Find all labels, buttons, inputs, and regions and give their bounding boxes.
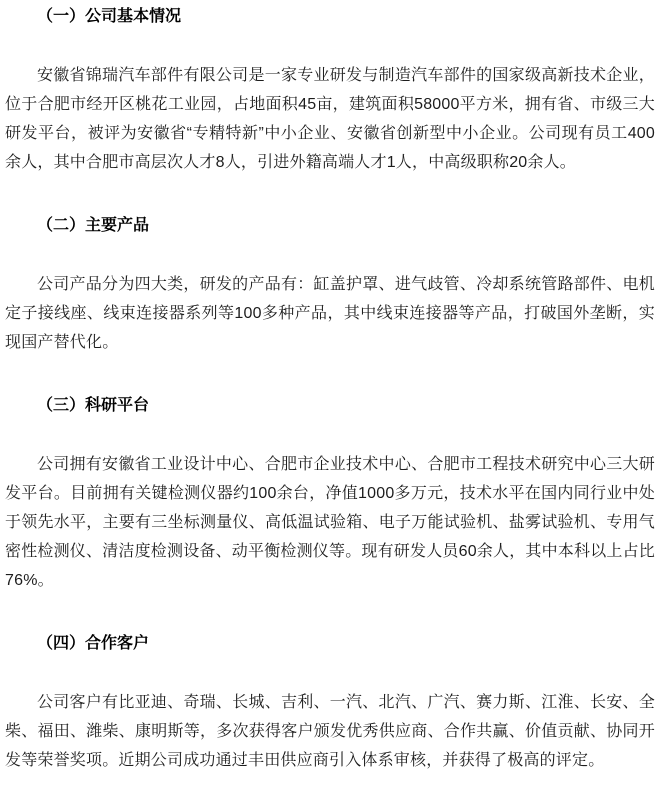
section-heading: （三）科研平台 [5, 391, 655, 420]
section-paragraph: 公司客户有比亚迪、奇瑞、长城、吉利、一汽、北汽、广汽、赛力斯、江淮、长安、全柴、… [5, 688, 655, 775]
section-main-products: （二）主要产品 公司产品分为四大类，研发的产品有：缸盖护罩、进气歧管、冷却系统管… [5, 211, 655, 357]
section-paragraph: 公司拥有安徽省工业设计中心、合肥市企业技术中心、合肥市工程技术研究中心三大研发平… [5, 450, 655, 595]
section-cooperation-customers: （四）合作客户 公司客户有比亚迪、奇瑞、长城、吉利、一汽、北汽、广汽、赛力斯、江… [5, 629, 655, 775]
section-paragraph: 公司产品分为四大类，研发的产品有：缸盖护罩、进气歧管、冷却系统管路部件、电机定子… [5, 270, 655, 357]
document-page: （一）公司基本情况 安徽省锦瑞汽车部件有限公司是一家专业研发与制造汽车部件的国家… [0, 0, 662, 787]
section-research-platform: （三）科研平台 公司拥有安徽省工业设计中心、合肥市企业技术中心、合肥市工程技术研… [5, 391, 655, 595]
section-heading: （四）合作客户 [5, 629, 655, 658]
section-heading: （二）主要产品 [5, 211, 655, 240]
section-company-overview: （一）公司基本情况 安徽省锦瑞汽车部件有限公司是一家专业研发与制造汽车部件的国家… [5, 2, 655, 177]
section-heading: （一）公司基本情况 [5, 2, 655, 31]
section-paragraph: 安徽省锦瑞汽车部件有限公司是一家专业研发与制造汽车部件的国家级高新技术企业，位于… [5, 61, 655, 177]
